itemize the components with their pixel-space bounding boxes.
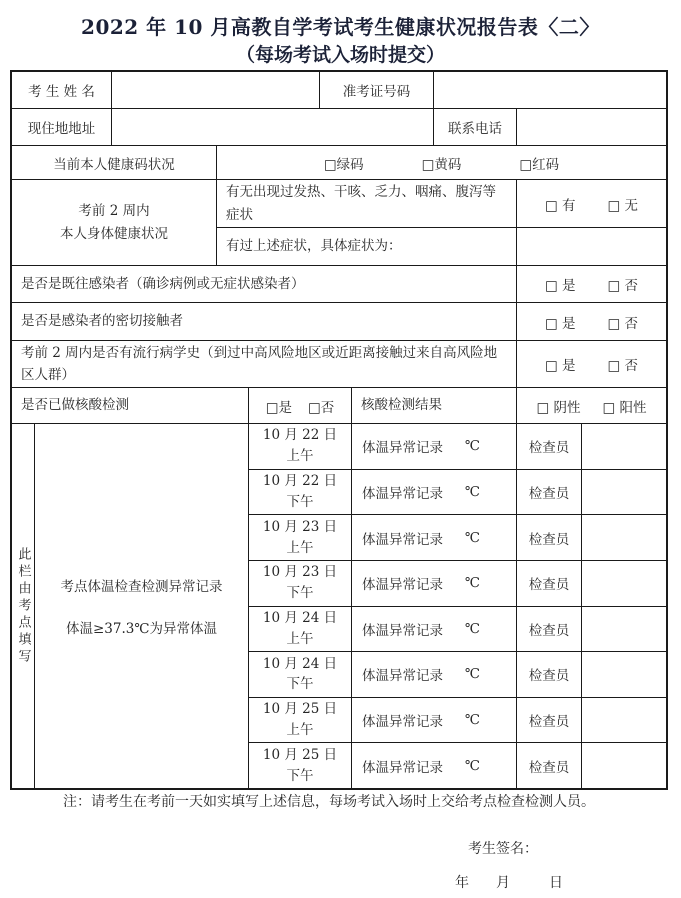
temp-period-text: 上午: [287, 538, 314, 559]
checkbox-green-code[interactable]: □绿码: [324, 153, 364, 173]
close-contact-options: □ 是 □ 否: [517, 303, 666, 340]
name-label: 考 生 姓 名: [12, 72, 112, 108]
checkbox-yellow-code[interactable]: □黄码: [422, 153, 462, 173]
row-epidemiology-history: 考前 2 周内是否有流行病学史（到过中高风险地区或近距离接触过来自高风险地区人群…: [12, 341, 666, 388]
date-day-label: 日: [549, 872, 563, 892]
row-health-code: 当前本人健康码状况 □绿码 □黄码 □红码: [12, 146, 666, 180]
checkbox-close-contact-yes[interactable]: □ 是: [545, 312, 576, 332]
form-note: 注：请考生在考前一天如实填写上述信息，每场考试入场时上交给考点检查检测人员。: [63, 791, 595, 811]
candidate-signature-label: 考生签名：: [468, 838, 538, 858]
inspector-label: 检查员: [517, 424, 582, 469]
temp-unit-label: ℃: [465, 438, 480, 454]
symptom-options: □ 有 □ 无: [517, 180, 666, 227]
prior-infection-options: □ 是 □ 否: [517, 266, 666, 302]
temp-record-label: 体温异常记录: [362, 573, 443, 593]
date-year-label: 年: [455, 872, 469, 892]
temp-unit-label: ℃: [465, 712, 480, 728]
temp-period-text: 下午: [287, 674, 314, 695]
temp-date-text: 10 月 22 日: [263, 425, 337, 446]
inspector-signature-cell[interactable]: [582, 652, 666, 697]
temp-date-text: 10 月 23 日: [263, 517, 337, 538]
form-subtitle: （每场考试入场时提交）: [0, 40, 681, 67]
health-report-table: 考 生 姓 名 准考证号码 现住地地址 联系电话 当前本人健康码状况 □绿码 □…: [10, 70, 668, 790]
inspector-signature-cell[interactable]: [582, 424, 666, 469]
inspector-label: 检查员: [517, 743, 582, 788]
temp-period-text: 下午: [287, 583, 314, 604]
temperature-description-line2: 体温≥37.3℃为异常体温: [66, 617, 217, 637]
inspector-signature-cell[interactable]: [582, 698, 666, 743]
close-contact-question: 是否是感染者的密切接触者: [12, 303, 517, 340]
temp-unit-label: ℃: [465, 666, 480, 682]
checkbox-red-code[interactable]: □红码: [519, 153, 559, 173]
checkbox-epidemiology-yes[interactable]: □ 是: [545, 354, 576, 374]
checkbox-symptom-no[interactable]: □ 无: [608, 194, 639, 214]
temp-date: 10 月 22 日 下午: [249, 470, 352, 515]
temp-record-cell[interactable]: 体温异常记录 ℃: [352, 607, 517, 652]
row-prior-infection: 是否是既往感染者（确诊病例或无症状感染者） □ 是 □ 否: [12, 266, 666, 303]
temp-record-label: 体温异常记录: [362, 710, 443, 730]
section-pre-exam-health: 考前 2 周内 本人身体健康状况 有无出现过发热、干咳、乏力、咽痛、腹泻等症状 …: [12, 180, 666, 266]
epidemiology-history-question: 考前 2 周内是否有流行病学史（到过中高风险地区或近距离接触过来自高风险地区人群…: [12, 341, 517, 387]
temp-period-text: 下午: [287, 766, 314, 787]
temp-record-label: 体温异常记录: [362, 756, 443, 776]
symptom-detail-subrow: 有过上述症状，具体症状为：: [217, 228, 666, 265]
checkbox-result-negative[interactable]: □ 阴性: [536, 396, 580, 416]
pre-exam-health-label: 考前 2 周内 本人身体健康状况: [12, 180, 217, 265]
temp-unit-label: ℃: [465, 575, 480, 591]
section-temperature: 此栏由考点填写 考点体温检查检测异常记录 体温≥37.3℃为异常体温 10 月 …: [12, 424, 666, 788]
temp-period-text: 上午: [287, 720, 314, 741]
epidemiology-history-options: □ 是 □ 否: [517, 341, 666, 387]
temp-date: 10 月 25 日 下午: [249, 743, 352, 788]
temp-unit-label: ℃: [465, 758, 480, 774]
temp-record-cell[interactable]: 体温异常记录 ℃: [352, 470, 517, 515]
inspector-label: 检查员: [517, 652, 582, 697]
symptom-subrow: 有无出现过发热、干咳、乏力、咽痛、腹泻等症状 □ 有 □ 无: [217, 180, 666, 228]
checkbox-prior-infection-yes[interactable]: □ 是: [545, 274, 576, 294]
inspector-label: 检查员: [517, 607, 582, 652]
phone-label: 联系电话: [434, 109, 517, 145]
health-code-options: □绿码 □黄码 □红码: [217, 146, 666, 179]
temperature-description-line1: 考点体温检查检测异常记录: [61, 575, 223, 595]
temp-record-cell[interactable]: 体温异常记录 ℃: [352, 515, 517, 560]
row-identity-2: 现住地地址 联系电话: [12, 109, 666, 146]
temperature-rows: 10 月 22 日 上午 体温异常记录 ℃ 检查员 10 月 22 日 下午: [249, 424, 666, 788]
row-identity-1: 考 生 姓 名 准考证号码: [12, 72, 666, 109]
symptom-question: 有无出现过发热、干咳、乏力、咽痛、腹泻等症状: [217, 180, 517, 227]
temp-date-text: 10 月 25 日: [263, 745, 337, 766]
temp-period-text: 下午: [287, 492, 314, 513]
pre-exam-health-body: 有无出现过发热、干咳、乏力、咽痛、腹泻等症状 □ 有 □ 无 有过上述症状，具体…: [217, 180, 666, 265]
health-report-form-page: 2022 年 10 月高教自学考试考生健康状况报告表〈二〉 （每场考试入场时提交…: [0, 0, 681, 898]
temp-date-text: 10 月 24 日: [263, 608, 337, 629]
checkbox-prior-infection-no[interactable]: □ 否: [608, 274, 639, 294]
temp-date-text: 10 月 24 日: [263, 654, 337, 675]
temp-date: 10 月 24 日 下午: [249, 652, 352, 697]
inspector-label: 检查员: [517, 561, 582, 606]
temp-row-oct23-pm: 10 月 23 日 下午 体温异常记录 ℃ 检查员: [249, 561, 666, 607]
address-input-cell[interactable]: [112, 109, 434, 145]
temp-unit-label: ℃: [465, 484, 480, 500]
inspector-label: 检查员: [517, 515, 582, 560]
temp-record-label: 体温异常记录: [362, 436, 443, 456]
name-input-cell[interactable]: [112, 72, 320, 108]
address-label: 现住地地址: [12, 109, 112, 145]
phone-input-cell[interactable]: [517, 109, 666, 145]
temp-row-oct25-pm: 10 月 25 日 下午 体温异常记录 ℃ 检查员: [249, 743, 666, 788]
nucleic-acid-label: 是否已做核酸检测: [12, 388, 249, 423]
inspector-label: 检查员: [517, 698, 582, 743]
date-month-label: 月: [496, 872, 510, 892]
pre-exam-health-label-line2: 本人身体健康状况: [60, 223, 168, 246]
temp-row-oct24-am: 10 月 24 日 上午 体温异常记录 ℃ 检查员: [249, 607, 666, 653]
symptom-detail-question: 有过上述症状，具体症状为：: [217, 228, 517, 265]
prior-infection-question: 是否是既往感染者（确诊病例或无症状感染者）: [12, 266, 517, 302]
temp-record-cell[interactable]: 体温异常记录 ℃: [352, 424, 517, 469]
inspector-label: 检查员: [517, 470, 582, 515]
row-nucleic-acid: 是否已做核酸检测 □是 □否 核酸检测结果 □ 阴性 □ 阳性: [12, 388, 666, 424]
inspector-signature-cell[interactable]: [582, 607, 666, 652]
checkbox-result-positive[interactable]: □ 阳性: [603, 396, 647, 416]
temp-date: 10 月 22 日 上午: [249, 424, 352, 469]
symptom-detail-input-cell[interactable]: [517, 228, 666, 265]
temp-date: 10 月 23 日 上午: [249, 515, 352, 560]
temp-row-oct23-am: 10 月 23 日 上午 体温异常记录 ℃ 检查员: [249, 515, 666, 561]
form-title: 2022 年 10 月高教自学考试考生健康状况报告表〈二〉: [0, 11, 681, 40]
temp-record-cell[interactable]: 体温异常记录 ℃: [352, 561, 517, 606]
inspector-signature-cell[interactable]: [582, 561, 666, 606]
inspector-signature-cell[interactable]: [582, 743, 666, 788]
temp-date-text: 10 月 23 日: [263, 562, 337, 583]
checkbox-epidemiology-no[interactable]: □ 否: [608, 354, 639, 374]
temperature-description: 考点体温检查检测异常记录 体温≥37.3℃为异常体温: [35, 424, 249, 788]
site-fill-side-label: 此栏由考点填写: [12, 424, 35, 788]
temp-record-cell[interactable]: 体温异常记录 ℃: [352, 743, 517, 788]
checkbox-nucleic-yes[interactable]: □是: [266, 396, 292, 416]
row-close-contact: 是否是感染者的密切接触者 □ 是 □ 否: [12, 303, 666, 341]
pre-exam-health-label-line1: 考前 2 周内: [78, 200, 149, 223]
temp-date: 10 月 25 日 上午: [249, 698, 352, 743]
temp-row-oct25-am: 10 月 25 日 上午 体温异常记录 ℃ 检查员: [249, 698, 666, 744]
temp-record-label: 体温异常记录: [362, 482, 443, 502]
temp-row-oct22-am: 10 月 22 日 上午 体温异常记录 ℃ 检查员: [249, 424, 666, 470]
signature-date-line: 年 月 日: [455, 872, 563, 892]
temp-row-oct22-pm: 10 月 22 日 下午 体温异常记录 ℃ 检查员: [249, 470, 666, 516]
temp-date: 10 月 24 日 上午: [249, 607, 352, 652]
temp-date-text: 10 月 25 日: [263, 699, 337, 720]
temp-period-text: 上午: [287, 629, 314, 650]
nucleic-acid-result-label: 核酸检测结果: [352, 388, 517, 423]
checkbox-symptom-yes[interactable]: □ 有: [545, 194, 576, 214]
temp-unit-label: ℃: [465, 621, 480, 637]
temp-record-label: 体温异常记录: [362, 619, 443, 639]
checkbox-nucleic-no[interactable]: □否: [308, 396, 334, 416]
temp-record-label: 体温异常记录: [362, 664, 443, 684]
inspector-signature-cell[interactable]: [582, 515, 666, 560]
temp-unit-label: ℃: [465, 530, 480, 546]
temp-record-cell[interactable]: 体温异常记录 ℃: [352, 652, 517, 697]
temp-record-label: 体温异常记录: [362, 528, 443, 548]
nucleic-acid-done-options: □是 □否: [249, 388, 352, 423]
temp-row-oct24-pm: 10 月 24 日 下午 体温异常记录 ℃ 检查员: [249, 652, 666, 698]
nucleic-acid-result-options: □ 阴性 □ 阳性: [517, 388, 666, 423]
ticket-input-cell[interactable]: [434, 72, 666, 108]
temp-date: 10 月 23 日 下午: [249, 561, 352, 606]
health-code-label: 当前本人健康码状况: [12, 146, 217, 179]
checkbox-close-contact-no[interactable]: □ 否: [608, 312, 639, 332]
inspector-signature-cell[interactable]: [582, 470, 666, 515]
temp-date-text: 10 月 22 日: [263, 471, 337, 492]
temp-period-text: 上午: [287, 446, 314, 467]
ticket-label: 准考证号码: [320, 72, 434, 108]
temp-record-cell[interactable]: 体温异常记录 ℃: [352, 698, 517, 743]
